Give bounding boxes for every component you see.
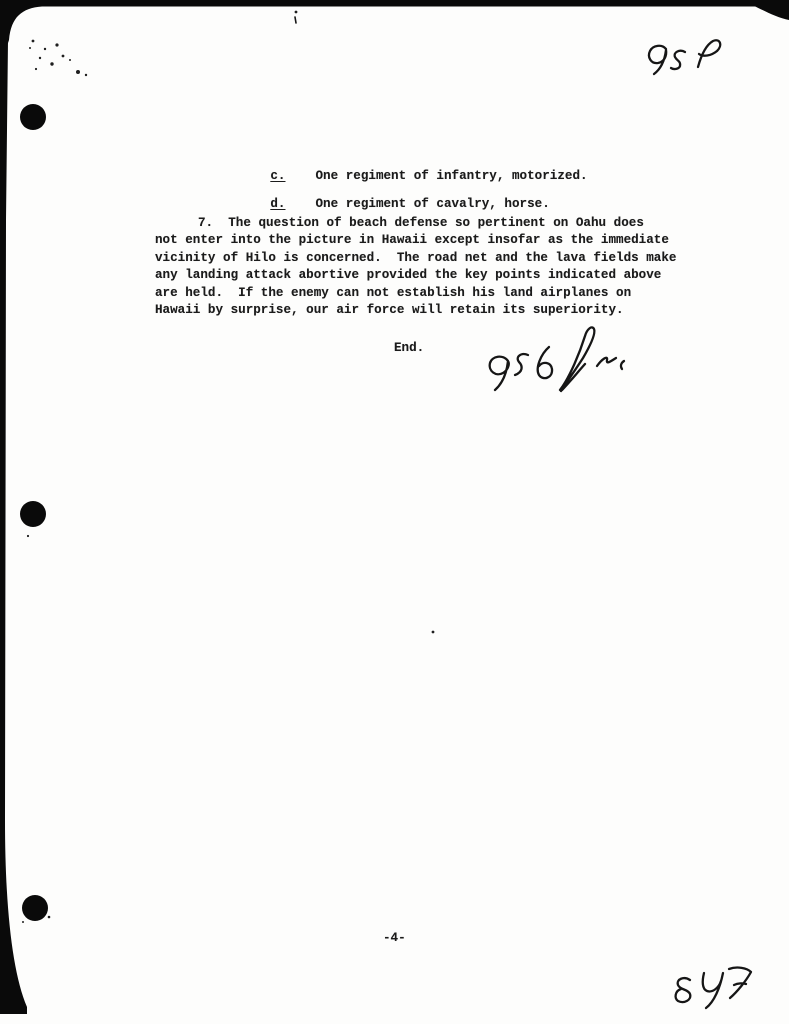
paragraph-line: 7. The question of beach defense so pert… [155,215,676,232]
paragraph-line: Hawaii by surprise, our air force will r… [155,302,676,319]
list-item-d-label: d. [270,197,285,211]
paragraph-line: are held. If the enemy can not establish… [155,285,676,302]
paragraph-7: 7. The question of beach defense so pert… [155,215,676,319]
page-number: -4- [383,931,406,945]
paragraph-line: any landing attack abortive provided the… [155,267,676,284]
list-item-c-text: One regiment of infantry, motorized. [315,169,587,183]
scanned-document-page: c.One regiment of infantry, motorized. d… [0,0,789,1024]
end-label: End. [394,341,424,355]
list-item-d-text: One regiment of cavalry, horse. [315,197,549,211]
list-item-c-label: c. [270,169,285,183]
paragraph-line: vicinity of Hilo is concerned. The road … [155,250,676,267]
paragraph-line: not enter into the picture in Hawaii exc… [155,232,676,249]
typed-content: c.One regiment of infantry, motorized. d… [0,0,789,1024]
